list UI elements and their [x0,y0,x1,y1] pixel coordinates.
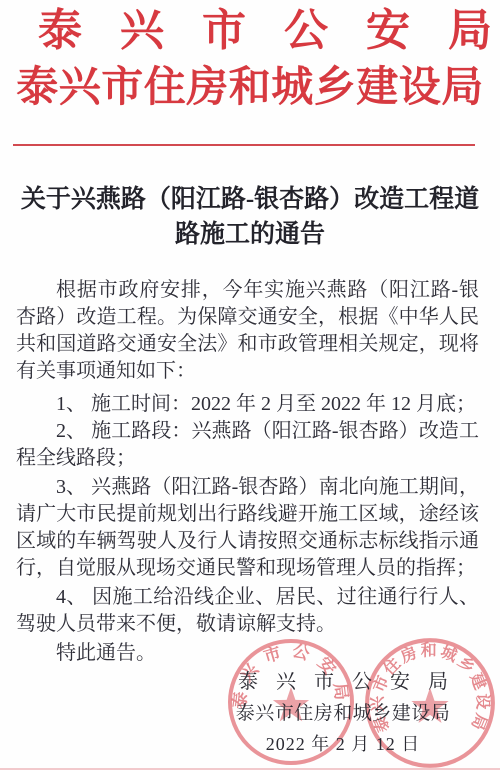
letterhead-org-2: 泰兴市住房和城乡建设局 [0,58,500,116]
signature-org-2: 泰兴市住房和城乡建设局 [218,698,468,729]
paragraph-item-1: 1、 施工时间：2022 年 2 月至 2022 年 12 月底； [16,391,479,418]
notice-body: 根据市政府安排，今年实施兴燕路（阳江路-银杏路）改造工程。为保障交通安全，根据《… [16,277,479,667]
notice-title-line-2: 路施工的通告 [175,221,325,248]
signature-org-1: 泰兴市公安局 [218,667,468,698]
paragraph-item-2: 2、 施工路段：兴燕路（阳江路-银杏路）改造工程全线路段； [16,418,479,472]
paragraph-item-3: 3、 兴燕路（阳江路-银杏路）南北向施工期间，请广大市民提前规划出行路线避开施工… [16,474,479,582]
letterhead-org-1: 泰兴市公安局 [0,5,500,57]
notice-title: 关于兴燕路（阳江路-银杏路）改造工程道路施工的通告 [10,182,490,252]
paragraph-intro: 根据市政府安排，今年实施兴燕路（阳江路-银杏路）改造工程。为保障交通安全，根据《… [16,277,479,385]
paragraph-item-4: 4、 因施工给沿线企业、居民、过往通行行人、驾驶人员带来不便，敬请谅解支持。 [16,584,479,638]
letterhead-divider [13,144,475,146]
notice-document-page: 泰兴市公安局 泰兴市住房和城乡建设局 关于兴燕路（阳江路-银杏路）改造工程道路施… [0,0,500,770]
notice-title-line-1: 关于兴燕路（阳江路-银杏路）改造工程道 [21,186,479,213]
signature-block: 泰兴市公安局 泰兴市住房和城乡建设局 2022 年 2 月 12 日 [218,667,468,759]
signature-date: 2022 年 2 月 12 日 [218,729,468,759]
